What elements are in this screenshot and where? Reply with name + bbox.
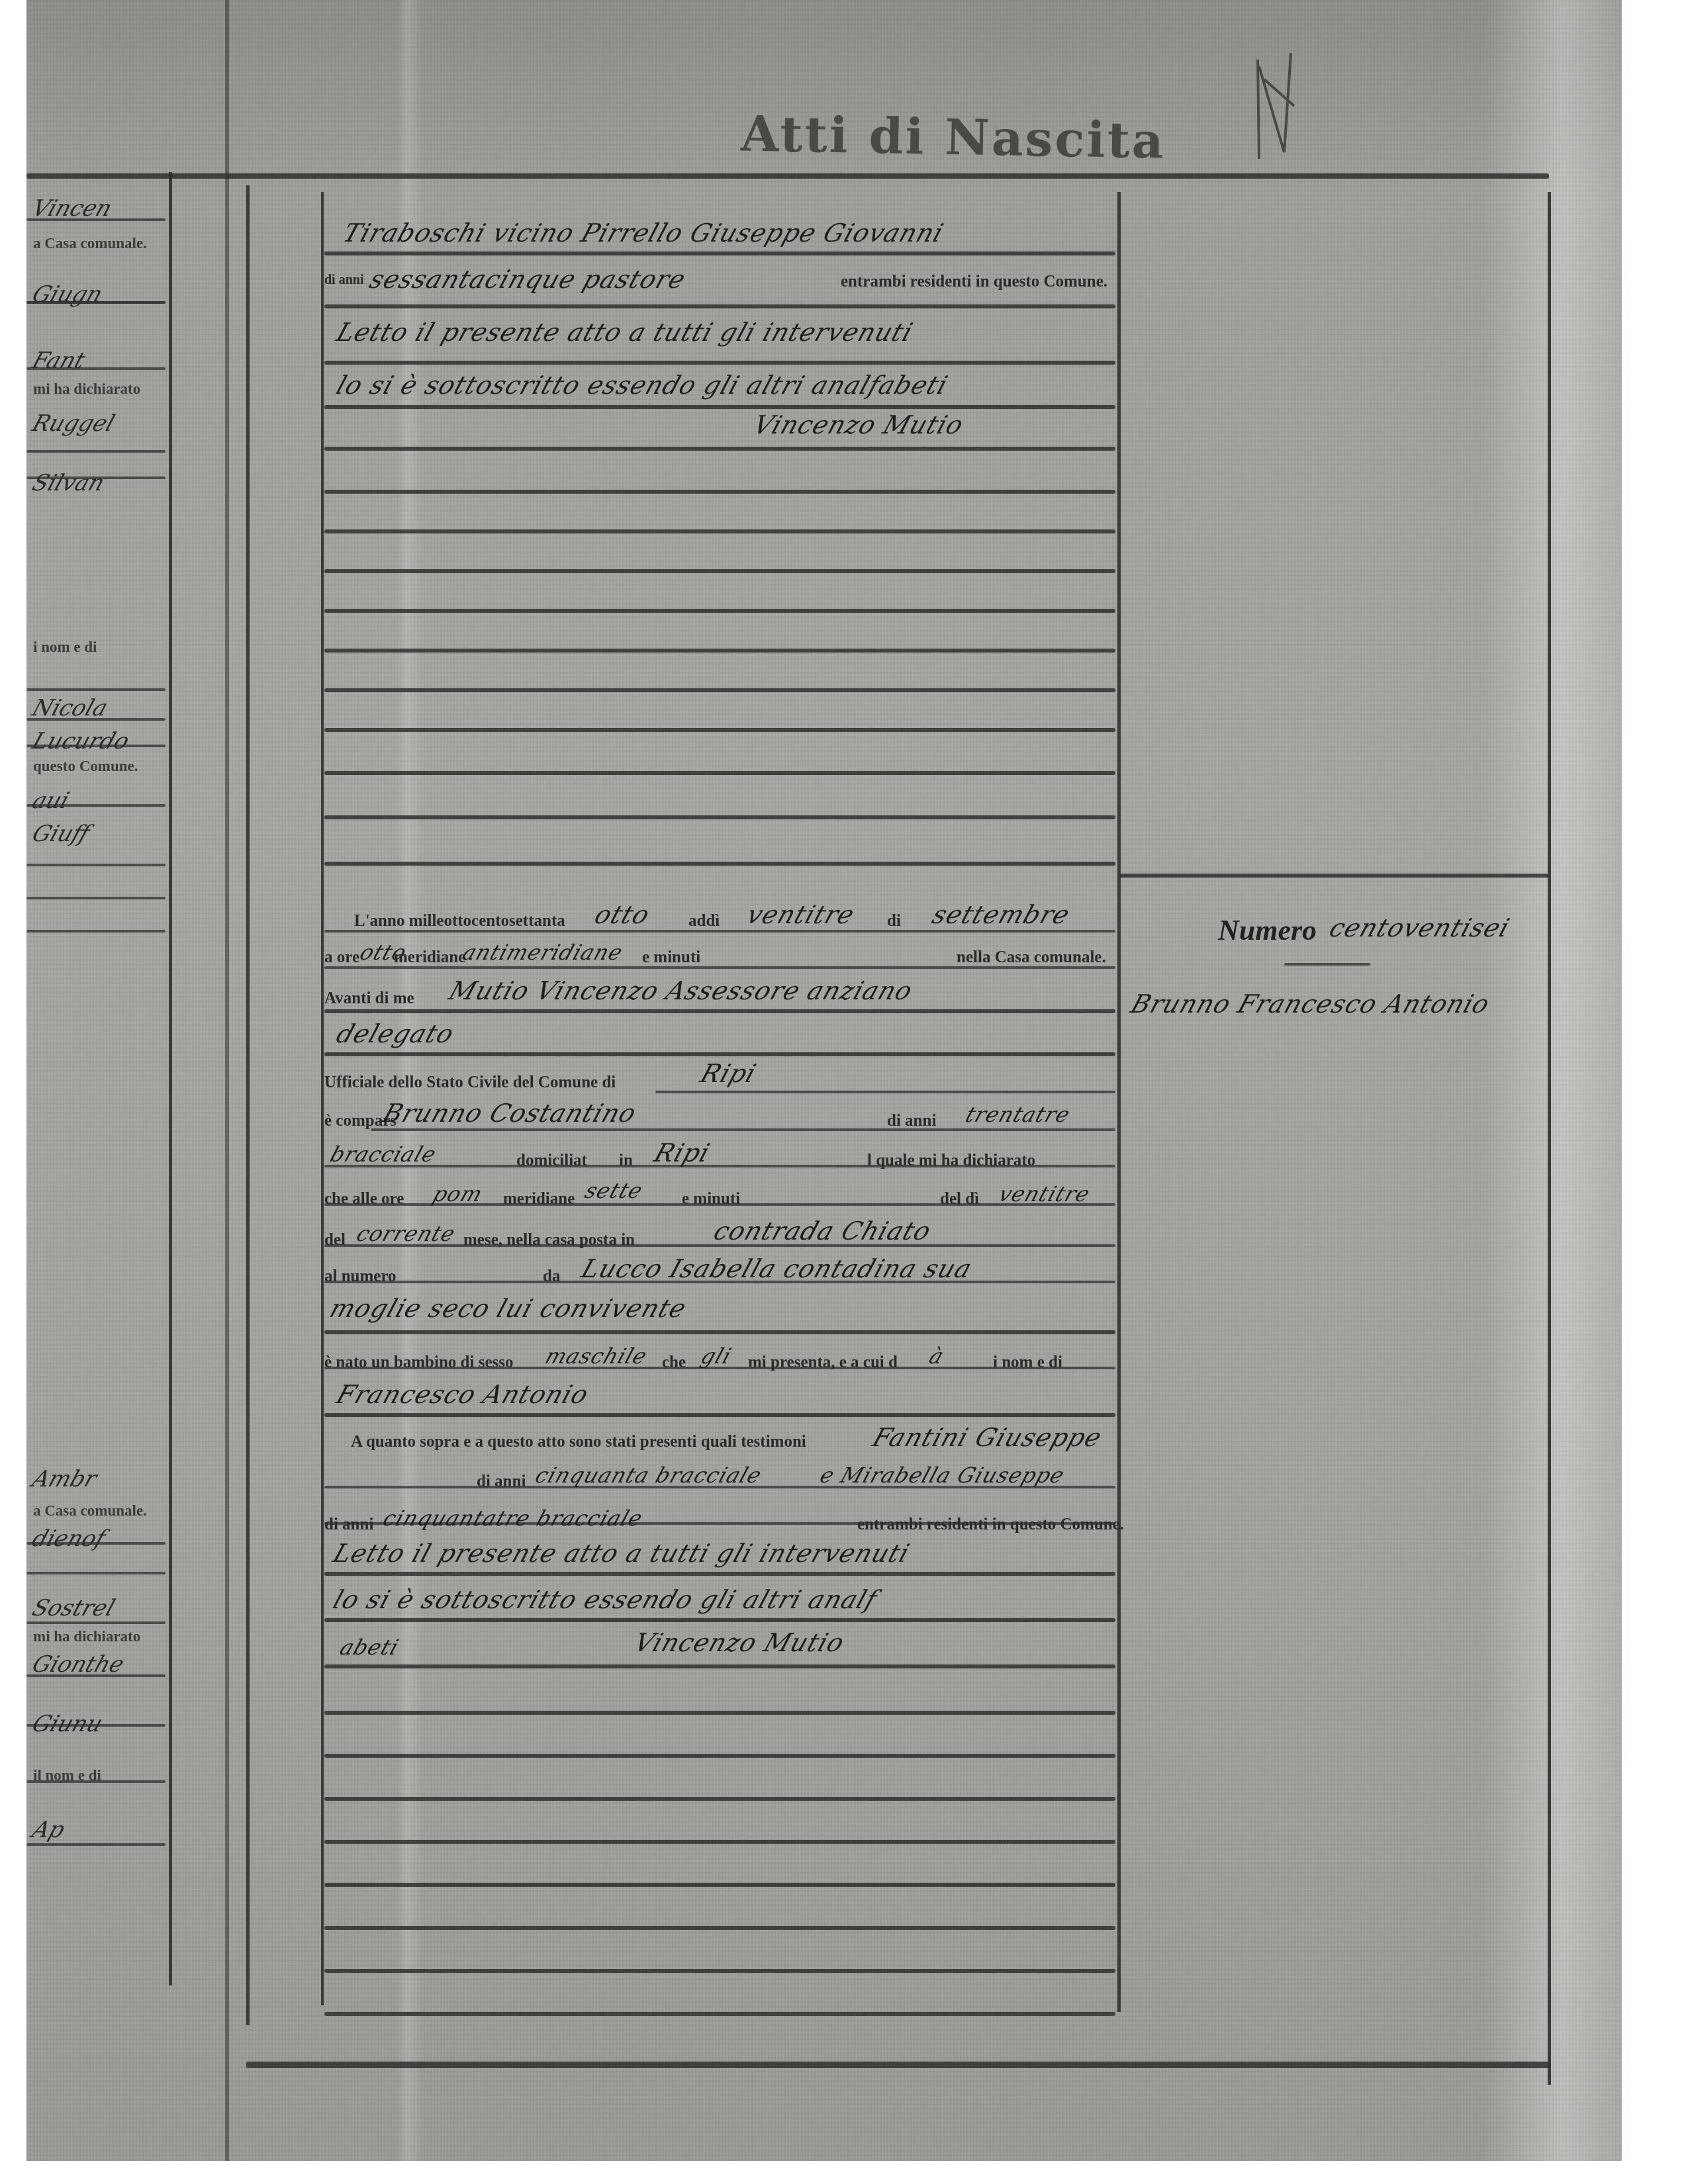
ruled-line xyxy=(26,930,165,933)
ruled-line xyxy=(26,1542,165,1545)
ruled-line xyxy=(26,804,165,807)
ruled-line xyxy=(324,1052,1115,1056)
ruled-line xyxy=(324,688,1115,692)
ruled-line xyxy=(26,1843,165,1846)
ruled-line xyxy=(324,304,1115,308)
print-casa-comunale: nella Casa comunale. xyxy=(957,948,1106,967)
hand-birth-month: corrente xyxy=(353,1221,459,1246)
frame-left xyxy=(246,185,250,2025)
margin-divider xyxy=(1119,874,1549,878)
ruled-line xyxy=(324,490,1115,494)
record1-line1: Tiraboschi vicino Pirrello Giuseppe Giov… xyxy=(340,218,947,248)
print-il-quale: l quale mi ha dichiarato xyxy=(867,1152,1035,1170)
ruled-line xyxy=(324,1413,1115,1417)
hand-mother: Lucco Isabella contadina sua xyxy=(578,1254,976,1283)
ruled-line xyxy=(324,1883,1115,1887)
record1-di-anni: di anni xyxy=(324,273,363,288)
ruled-line xyxy=(324,361,1115,365)
ruled-line xyxy=(26,1674,165,1677)
ruled-line xyxy=(324,1009,1115,1013)
strip-hand: dienof xyxy=(29,1525,109,1552)
strip-hand: Giugn xyxy=(29,281,107,308)
margin-name: Brunno Francesco Antonio xyxy=(1127,989,1494,1019)
record1-line2: sessantacinque pastore xyxy=(366,265,690,294)
hand-month: settembre xyxy=(929,900,1074,929)
strip-hand: Ambr xyxy=(29,1466,101,1492)
ruled-line xyxy=(26,218,165,221)
print-presenta: mi presenta, e a cui d xyxy=(748,1353,898,1372)
ruled-line xyxy=(324,1754,1115,1758)
ruled-line xyxy=(324,815,1115,819)
ruled-line xyxy=(26,864,165,866)
ruled-line xyxy=(324,569,1115,573)
hand-declarant-age: trentatre xyxy=(962,1102,1074,1127)
print-di: di xyxy=(887,912,901,931)
ruled-line xyxy=(26,897,165,899)
ruled-line xyxy=(324,1926,1115,1930)
ruled-line xyxy=(26,1572,165,1574)
hand-year: otto xyxy=(591,900,654,929)
ruled-line xyxy=(324,862,1115,866)
print-witness-age2: di anni xyxy=(324,1516,373,1534)
print-che: che xyxy=(662,1353,686,1372)
strip-print: i nom e di xyxy=(33,639,97,656)
print-di-anni: di anni xyxy=(887,1112,936,1130)
ruled-line xyxy=(324,1840,1115,1844)
page-title: Atti di Nascita xyxy=(727,105,1178,170)
print-del-di: del dì xyxy=(940,1190,979,1208)
print-al-numero: al numero xyxy=(324,1267,397,1286)
hand-closing3: abeti xyxy=(337,1635,402,1660)
record1-line4: lo si è sottoscritto essendo gli altri a… xyxy=(333,371,952,400)
print-e-minuti: e minuti xyxy=(642,948,700,967)
strip-print: mi ha dichiarato xyxy=(33,1628,140,1645)
print-nome: i nom e di xyxy=(993,1353,1062,1372)
ruled-line xyxy=(324,649,1115,653)
ruled-line xyxy=(26,688,165,691)
strip-print: mi ha dichiarato xyxy=(33,381,140,398)
ruled-line xyxy=(324,447,1115,451)
hand-birth-hour: pom xyxy=(430,1181,486,1206)
print-avanti-di-me: Avanti di me xyxy=(324,989,414,1008)
hand-signature: Vincenzo Mutio xyxy=(631,1628,849,1657)
hand-child-name: Francesco Antonio xyxy=(333,1380,592,1409)
hand-domicile: Ripi xyxy=(651,1138,714,1167)
print-residents: entrambi residenti in questo Comune. xyxy=(857,1516,1124,1534)
ruled-line xyxy=(26,450,165,453)
ruled-line xyxy=(26,301,165,304)
column-divider xyxy=(1117,192,1121,2012)
strip-print: questo Comune. xyxy=(33,758,138,775)
print-da: da xyxy=(543,1267,560,1286)
print-del: del xyxy=(324,1231,346,1250)
hand-sex: maschile xyxy=(542,1343,651,1369)
gutter-line xyxy=(225,0,229,2161)
frame-top xyxy=(26,173,1549,179)
ruled-line xyxy=(26,1780,165,1783)
ruled-line xyxy=(26,1621,165,1624)
print-bambino: è nato un bambino di sesso xyxy=(324,1353,514,1372)
ruled-line xyxy=(26,718,165,721)
ruled-line xyxy=(324,609,1115,613)
ruled-line xyxy=(655,1091,1115,1093)
print-witness-age: di anni xyxy=(477,1473,526,1491)
hand-birth-place: contrada Chiato xyxy=(710,1216,935,1246)
ruled-line xyxy=(26,367,165,370)
hand-witness1-age: cinquanta bracciale xyxy=(532,1463,765,1488)
ruled-line xyxy=(371,1128,1115,1131)
ruled-line xyxy=(324,1664,1115,1668)
hand-mayor: Mutio Vincenzo Assessore anziano xyxy=(445,976,917,1005)
print-e-minuti2: e minuti xyxy=(682,1190,740,1208)
hand-birth-day: ventitre xyxy=(996,1181,1094,1206)
hand-day: ventitre xyxy=(743,900,859,929)
ruled-line xyxy=(324,251,1115,255)
print-domiciliat: domiciliat xyxy=(516,1152,587,1170)
strip-hand: Vincen xyxy=(29,195,116,222)
hand-closing2: lo si è sottoscritto essendo gli altri a… xyxy=(330,1585,881,1614)
hand-comune: Ripi xyxy=(697,1059,761,1088)
ruled-line xyxy=(324,1572,1115,1576)
strip-hand: Gionthe xyxy=(29,1651,128,1678)
strip-hand: Ruggel xyxy=(29,410,118,437)
hand-declarant: Brunno Costantino xyxy=(379,1099,640,1128)
print-ufficiale: Ufficiale dello Stato Civile del Comune … xyxy=(324,1073,616,1092)
numero-value: centoventisei xyxy=(1326,913,1514,942)
strip-hand: Fant xyxy=(29,347,89,374)
strip-hand: Nicola xyxy=(29,695,111,721)
record1-residents: entrambi residenti in questo Comune. xyxy=(841,273,1107,291)
ruled-line xyxy=(324,728,1115,732)
print-che-alle-ore: che alle ore xyxy=(324,1190,404,1208)
left-strip-border xyxy=(169,172,172,1985)
ruled-line xyxy=(324,771,1115,775)
ruled-line xyxy=(324,1969,1115,1973)
strip-hand: Silvan xyxy=(29,470,108,496)
ruled-line xyxy=(324,1618,1115,1622)
ruled-line xyxy=(324,2012,1115,2016)
print-meridiane: meridiane xyxy=(394,948,465,967)
ruled-line xyxy=(26,477,165,479)
numero-underline xyxy=(1284,963,1370,966)
frame-right xyxy=(1548,192,1551,2085)
strip-hand: Giuff xyxy=(29,821,93,847)
hand-mother2: moglie seco lui convivente xyxy=(326,1294,690,1323)
print-year-prefix: L'anno milleottocentosettanta xyxy=(354,912,565,931)
print-addi: addì xyxy=(688,912,720,931)
hand-witness2-age: cinquantatre bracciale xyxy=(380,1506,646,1531)
print-in: in xyxy=(619,1152,633,1170)
ruled-line xyxy=(324,405,1115,409)
hand-mayor2: delegato xyxy=(333,1019,458,1048)
print-meridiane2: meridiane xyxy=(503,1190,575,1208)
record1-line3: Letto il presente atto a tutti gli inter… xyxy=(333,318,917,347)
frame-bottom xyxy=(246,2062,1550,2068)
print-a-ore: a ore xyxy=(324,948,359,967)
ruled-line xyxy=(324,1797,1115,1801)
record1-signature: Vincenzo Mutio xyxy=(750,410,968,439)
ruled-line xyxy=(26,1724,165,1727)
strip-print: a Casa comunale. xyxy=(33,235,147,252)
strip-hand: Lucurdo xyxy=(29,728,133,754)
print-mese: mese, nella casa posta in xyxy=(463,1231,635,1250)
record-left-border xyxy=(321,192,324,2005)
print-testimoni: A quanto sopra e a questo atto sono stat… xyxy=(351,1433,806,1451)
ruled-line xyxy=(324,529,1115,533)
hand-meridian: antimeridiane xyxy=(459,940,626,965)
hand-declarant-job: bracciale xyxy=(327,1142,440,1167)
ruled-line xyxy=(26,745,165,747)
ruled-line xyxy=(324,1330,1115,1334)
hand-closing1: Letto il presente atto a tutti gli inter… xyxy=(330,1539,914,1568)
hand-witness2: e Mirabella Giuseppe xyxy=(817,1463,1068,1488)
hand-birth-meridian: sette xyxy=(582,1178,646,1203)
numero-label: Numero xyxy=(1218,913,1317,947)
ruled-line xyxy=(324,1711,1115,1715)
strip-hand: Sostrel xyxy=(29,1595,118,1621)
hand-witness1: Fantini Giuseppe xyxy=(869,1423,1105,1452)
strip-print: a Casa comunale. xyxy=(33,1502,147,1520)
corner-mark-icon xyxy=(1244,40,1311,172)
